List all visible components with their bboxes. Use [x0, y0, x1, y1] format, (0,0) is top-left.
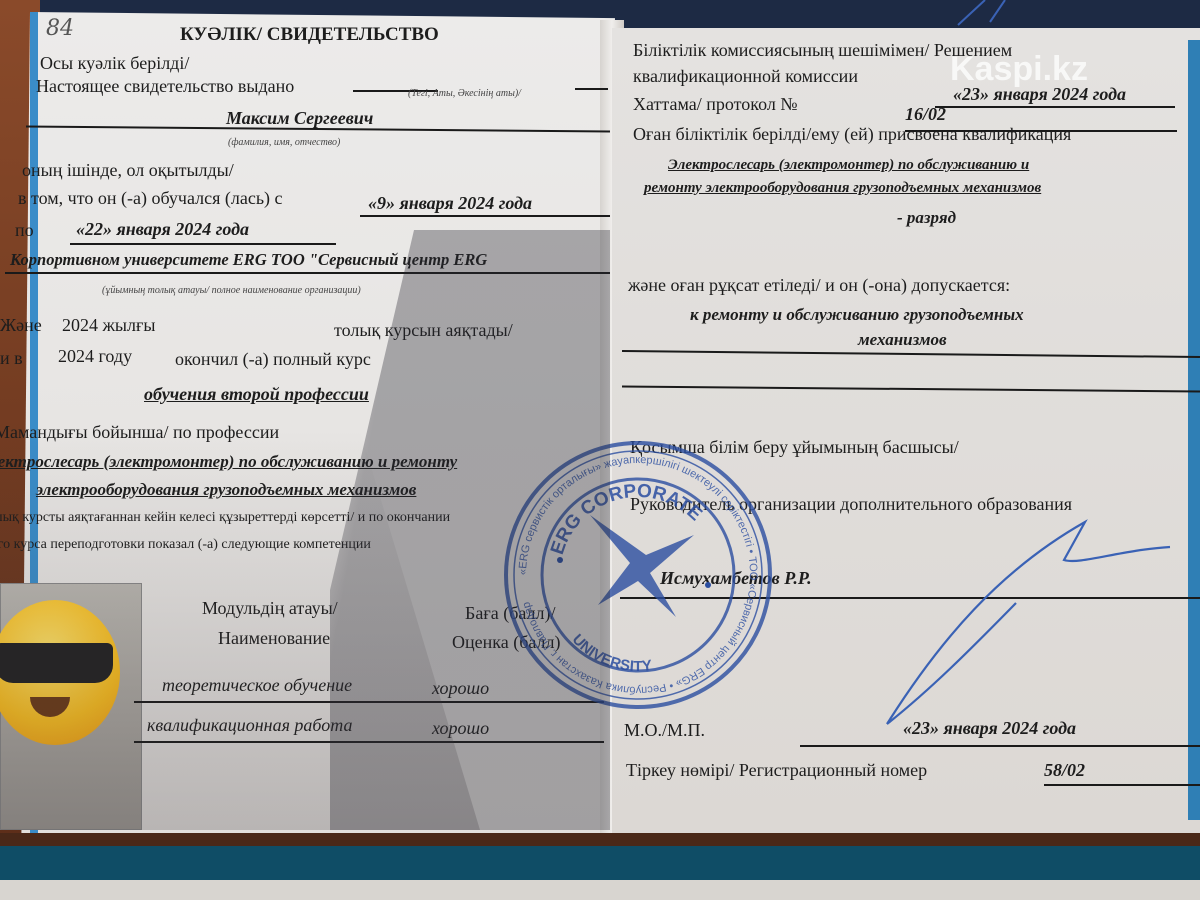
date-from: «9» января 2024 года — [368, 193, 532, 214]
table-row-module: квалификационная работа — [147, 715, 352, 736]
table-row-grade: хорошо — [432, 718, 489, 739]
rule — [360, 215, 610, 217]
erg-university-stamp-icon: «ERG сервистік орталығы» жауапкершілігі … — [498, 435, 778, 715]
seal-label: М.О./М.П. — [624, 720, 705, 741]
sunglasses-icon — [0, 643, 113, 683]
year-ru: 2024 году — [58, 346, 132, 367]
date-to: «22» января 2024 года — [76, 219, 249, 240]
rule — [134, 741, 604, 743]
qualification-line-2: ремонту электрооборудования грузоподъемн… — [644, 180, 1041, 197]
table-header-module-ru: Наименование — [218, 628, 330, 649]
organization-hint: (ұйымның толық атауы/ полное наименовани… — [102, 285, 361, 296]
table-row-grade: хорошо — [432, 678, 489, 699]
issue-date: «23» января 2024 года — [903, 718, 1076, 739]
qualification-line-1: Электрослесарь (электромонтер) по обслуж… — [668, 157, 1029, 174]
permitted-label: және оған рұқсат етіледі/ и он (-она) до… — [628, 275, 1010, 296]
grade-rank: - разряд — [897, 208, 956, 228]
cover-right-edge — [1188, 40, 1200, 820]
registration-label: Тіркеу нөмірі/ Регистрационный номер — [626, 760, 927, 781]
protocol-number: 16/02 — [905, 104, 946, 125]
completed-kz: толық курсын аяқтады/ — [334, 320, 513, 341]
studied-label-ru: в том, что он (-а) обучался (лась) с — [18, 188, 283, 209]
name-hint-kz: (Тегі, Аты, Әкесінің аты)/ — [408, 88, 521, 99]
year-kz-prefix: Және — [0, 315, 42, 336]
rule — [70, 243, 336, 245]
year-ru-prefix: и в — [0, 348, 23, 369]
protocol-label: Хаттама/ протокол № — [633, 94, 798, 115]
name-hint-ru: (фамилия, имя, отчество) — [228, 137, 340, 148]
table-row-module: теоретическое обучение — [162, 675, 352, 696]
organization-name: Корпортивном университете ERG ТОО "Серви… — [10, 250, 487, 270]
qualification-label: Оған біліктілік берілді/ему (ей) присвое… — [633, 124, 1071, 145]
handwritten-mark: 84 — [46, 16, 74, 41]
issued-label-kz: Осы куәлік берілді/ — [40, 53, 189, 74]
permitted-line-2: механизмов — [858, 330, 947, 350]
to-label: по — [15, 220, 34, 241]
profession-line-2: электрооборудования грузоподъемных механ… — [36, 480, 416, 500]
studied-label-kz: оның ішінде, ол оқытылды/ — [22, 160, 234, 181]
rule — [575, 88, 608, 90]
rule — [935, 106, 1175, 108]
completed-ru: окончил (-а) полный курс — [175, 349, 371, 370]
competence-text-kz: Қайта даярлық курсты аяқтағаннан кейін к… — [0, 510, 450, 526]
registration-number: 58/02 — [1044, 760, 1085, 781]
full-name: Максим Сергеевич — [226, 108, 373, 129]
competence-text-ru: полного курса переподготовки показал (-а… — [0, 537, 371, 553]
kaspi-watermark: Kaspi.kz — [950, 50, 1088, 89]
profession-label: Мамандығы бойынша/ по профессии — [0, 422, 279, 443]
cover-bottom-binding — [0, 846, 1200, 880]
issued-label-ru: Настоящее свидетельство выдано — [36, 76, 294, 97]
next-document-edge — [0, 880, 1200, 900]
rule — [5, 272, 610, 274]
course-type: обучения второй профессии — [144, 384, 369, 405]
year-kz: 2024 жылғы — [62, 315, 156, 336]
table-header-module-kz: Модульдің атауы/ — [202, 598, 338, 619]
rule — [1044, 784, 1200, 786]
permitted-line-1: к ремонту и обслуживанию грузоподъемных — [690, 305, 1024, 325]
rule — [800, 745, 1200, 747]
decision-label-ru: квалификационной комиссии — [633, 66, 858, 87]
document-title: КУӘЛІК/ СВИДЕТЕЛЬСТВО — [180, 24, 439, 46]
profession-line-1: Электрослесарь (электромонтер) по обслуж… — [0, 452, 457, 472]
